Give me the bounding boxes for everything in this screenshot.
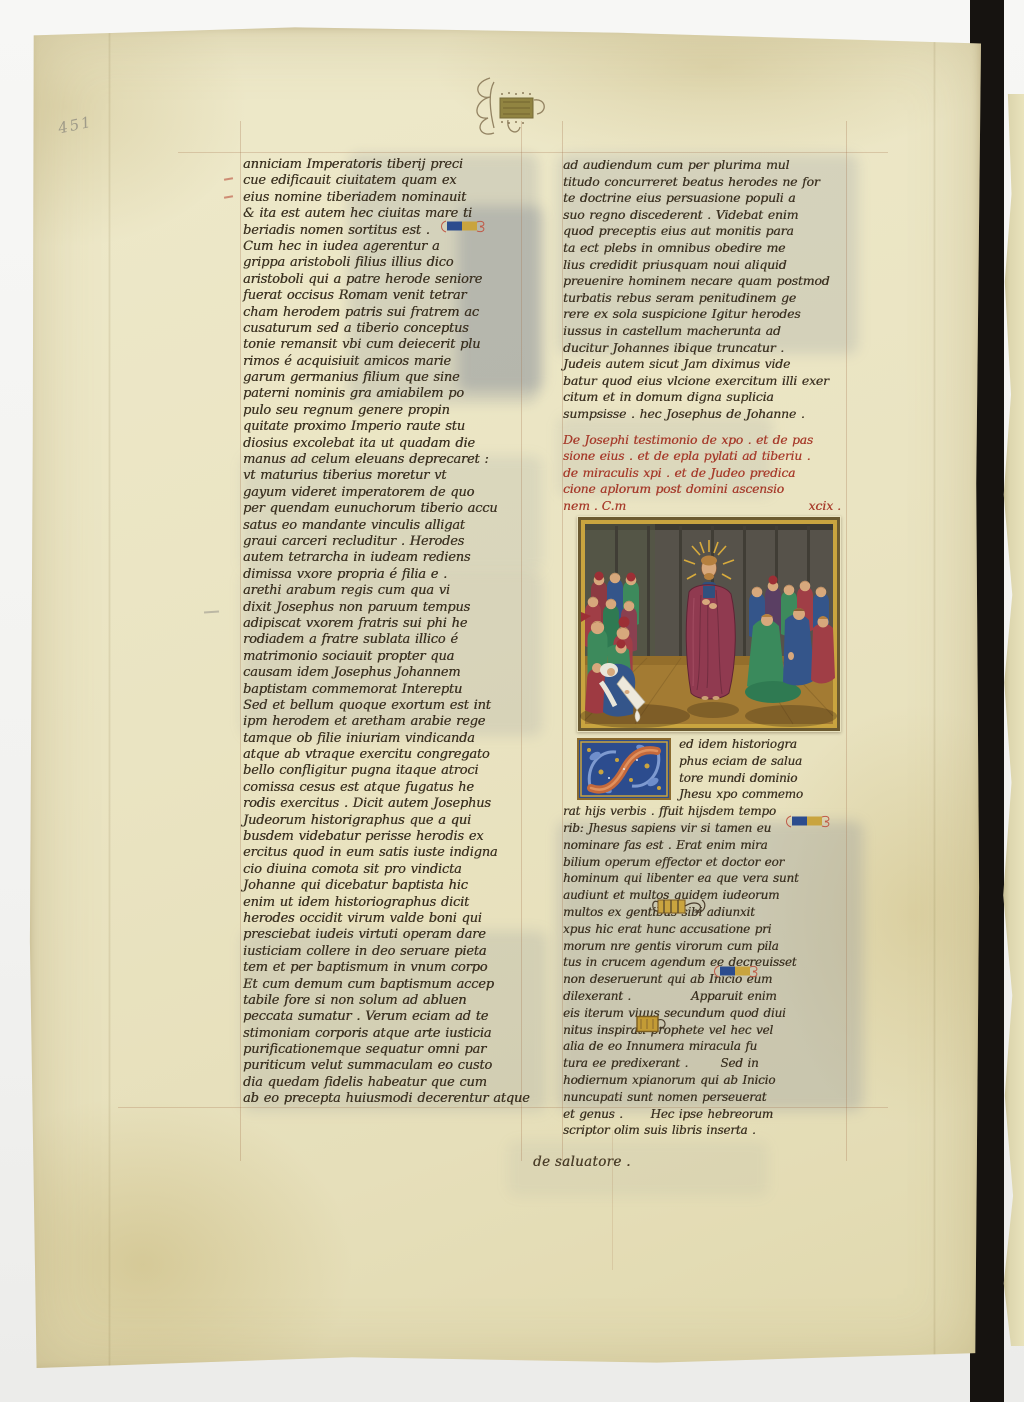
manuscript-line: lius credidit priusquam noui aliquid (563, 257, 855, 274)
manuscript-line: quod preceptis eius aut monitis para (563, 223, 855, 240)
manuscript-line: aristoboli qui a patre herode seniore (243, 272, 535, 288)
manuscript-line: xpus hic erat hunc accusatione pri (563, 921, 855, 938)
manuscript-line: ercitus quod in eum satis iuste indigna (243, 845, 535, 861)
manuscript-line: vt maturius tiberius moretur vt (243, 468, 535, 484)
parchment-crease (108, 26, 111, 1372)
manuscript-line: rere ex sola suspicione Igitur herodes (563, 306, 855, 323)
manuscript-line: autem tetrarcha in iudeam rediens (243, 550, 535, 566)
manuscript-line: busdem videbatur perisse herodis ex (243, 829, 535, 845)
manuscript-line: & ita est autem hec ciuitas mare ti (243, 206, 535, 222)
manuscript-line: eis iterum viuus secundum quod diui (563, 1005, 855, 1022)
rubric-line: de miraculis xpi . et de Judeo predica (563, 465, 855, 482)
manuscript-line: hominum qui libenter ea que vera sunt (563, 870, 855, 887)
ruling-line (612, 1130, 613, 1270)
manuscript-line: tus in crucem agendum ee decreuisset (563, 954, 855, 971)
manuscript-line: beriadis nomen sortitus est . (243, 223, 535, 239)
gilt-initial-icon (635, 1014, 669, 1036)
manuscript-line: ab eo precepta huiusmodi decerentur atqu… (243, 1091, 535, 1107)
text-column-left: anniciam Imperatoris tiberij precicue ed… (243, 157, 535, 1108)
rubric-tail-line: nem . C.m xcix . (563, 498, 841, 515)
manuscript-line: ed idem historiogra (679, 736, 855, 753)
manuscript-line: satus eo mandante vinculis alligat (243, 518, 535, 534)
manuscript-line: Sed et bellum quoque exortum est int (243, 698, 535, 714)
manuscript-line: graui carceri recluditur . Herodes (243, 534, 535, 550)
manuscript-line: batur quod eius vlcione exercitum illi e… (563, 373, 855, 390)
manuscript-line: rodis exercitus . Dicit autem Josephus (243, 796, 535, 812)
right-column-lower-text: rat hijs verbis . ffuit hijsdem temporib… (563, 803, 855, 1139)
manuscript-line: tamque ob filie iniuriam vindicanda (243, 731, 535, 747)
paraph-mark-icon (713, 964, 759, 979)
rubric-line: sione eius . et de epla pylati ad tiberi… (563, 448, 855, 465)
manuscript-line: dia quedam fidelis habeatur que cum (243, 1075, 535, 1091)
catchword: de saluatore . (533, 1154, 631, 1170)
pencil-folio-mark: 451 (57, 113, 95, 138)
manuscript-line: rimos é acquisiuit amicos marie (243, 354, 535, 370)
manuscript-line: morum nre gentis virorum cum pila (563, 938, 855, 955)
manuscript-line: atque ab vtraque exercitu congregato (243, 747, 535, 763)
manuscript-line: turbatis rebus seram penitudinem ge (563, 290, 855, 307)
manuscript-line: tem et per baptismum in vnum corpo (243, 960, 535, 976)
rubric-line: De Josephi testimonio de xpo . et de pas (563, 432, 855, 449)
manuscript-line: dimissa vxore propria é filia e . (243, 567, 535, 583)
manuscript-line: te doctrine eius persuasione populi a (563, 190, 855, 207)
rubric-tail-left: nem . C.m (563, 498, 626, 515)
manuscript-line: tabile fore si non solum ad abluen (243, 993, 535, 1009)
manuscript-line: nuncupati sunt nomen perseuerat (563, 1089, 855, 1106)
manuscript-line: et genus . Hec ipse hebreorum (563, 1106, 855, 1123)
manuscript-line: adipiscat vxorem fratris sui phi he (243, 616, 535, 632)
penwork-cadel-ornament (458, 72, 558, 146)
manuscript-line: quitate proximo Imperio raute stu (243, 419, 535, 435)
manuscript-line: Judeorum historigraphus que a qui (243, 813, 535, 829)
manuscript-line: preuenire hominem necare quam postmod (563, 273, 855, 290)
ruling-line (178, 152, 888, 153)
manuscript-line: purificationemque sequatur omni par (243, 1042, 535, 1058)
rubric-heading: De Josephi testimonio de xpo . et de pas… (563, 432, 855, 498)
manuscript-line: phus eciam de salua (679, 753, 855, 770)
red-margin-tick (224, 195, 233, 199)
parchment-crease (933, 26, 936, 1372)
manuscript-line: enim ut idem historiographus dicit (243, 895, 535, 911)
manuscript-line: cue edificauit ciuitatem quam ex (243, 173, 535, 189)
manuscript-line: fuerat occisus Romam venit tetrar (243, 288, 535, 304)
manuscript-line: pulo seu regnum genere propin (243, 403, 535, 419)
manuscript-line: titudo concurreret beatus herodes ne for (563, 174, 855, 191)
red-margin-tick (224, 177, 233, 181)
manuscript-line: bilium operum effector et doctor eor (563, 854, 855, 871)
manuscript-line: ta ect plebs in omnibus obedire me (563, 240, 855, 257)
manuscript-line: dilexerant . Apparuit enim (563, 988, 855, 1005)
manuscript-line: grippa aristoboli filius illius dico (243, 255, 535, 271)
pencil-margin-mark (204, 610, 219, 613)
manuscript-line: cio diuina comota sit pro vindicta (243, 862, 535, 878)
manuscript-line: iussus in castellum macherunta ad (563, 323, 855, 340)
manuscript-line: stimoniam corporis atque arte iusticia (243, 1026, 535, 1042)
manuscript-line: nitus inspirati prophete vel hec vel (563, 1022, 855, 1039)
rubric-line: cione aplorum post domini ascensio (563, 481, 855, 498)
manuscript-line: sumpsisse . hec Josephus de Johanne . (563, 406, 855, 423)
manuscript-line: garum germanius filium que sine (243, 370, 535, 386)
initial-text-section: ed idem historiographus eciam de saluato… (563, 736, 855, 1139)
paraph-mark-icon (440, 219, 486, 234)
paraph-mark-icon (785, 814, 831, 829)
manuscript-line: alia de eo Innumera miracula fu (563, 1038, 855, 1055)
manuscript-line: tore mundi dominio (679, 770, 855, 787)
manuscript-line: tonie remansit vbi cum deiecerit plu (243, 337, 535, 353)
manuscript-line: nominare fas est . Erat enim mira (563, 837, 855, 854)
manuscript-line: peccata sumatur . Verum eciam ad te (243, 1009, 535, 1025)
manuscript-line: Cum hec in iudea agerentur a (243, 239, 535, 255)
manuscript-line: cham herodem patris sui fratrem ac (243, 305, 535, 321)
manuscript-line: diosius excolebat ita ut quadam die (243, 436, 535, 452)
manuscript-page: 451 anniciam Imperatoris tiberij precicu… (28, 26, 981, 1372)
manuscript-line: hodiernum xpianorum qui ab Inicio (563, 1072, 855, 1089)
manuscript-line: ducitur Johannes ibique truncatur . (563, 340, 855, 357)
manuscript-line: non deseruerunt qui ab Inicio eum (563, 971, 855, 988)
manuscript-line: rodiadem a fratre sublata illico é (243, 632, 535, 648)
manuscript-line: paterni nominis gra amiabilem po (243, 386, 535, 402)
manuscript-line: Jhesu xpo commemo (679, 786, 855, 803)
miniature-christ-preaching (577, 516, 841, 732)
manuscript-line: citum et in domum digna suplicia (563, 389, 855, 406)
decorated-initial-s (577, 738, 671, 800)
manuscript-line: Johanne qui dicebatur baptista hic (243, 878, 535, 894)
manuscript-line: matrimonio sociauit propter qua (243, 649, 535, 665)
manuscript-line: scriptor olim suis libris inserta . (563, 1122, 855, 1139)
manuscript-line: manus ad celum eleuans deprecaret : (243, 452, 535, 468)
manuscript-line: per quendam eunuchorum tiberio accu (243, 501, 535, 517)
text-column-right: ad audiendum cum per plurima multitudo c… (563, 157, 855, 1139)
manuscript-line: herodes occidit virum valde boni qui (243, 911, 535, 927)
manuscript-line: presciebat iudeis virtuti operam dare (243, 927, 535, 943)
manuscript-line: puriticum velut summaculam eo custo (243, 1058, 535, 1074)
miniature-painting (577, 516, 841, 732)
ruling-line (240, 121, 241, 1161)
manuscript-line: ad audiendum cum per plurima mul (563, 157, 855, 174)
manuscript-line: iusticiam collere in deo seruare pieta (243, 944, 535, 960)
manuscript-line: tura ee predixerant . Sed in (563, 1055, 855, 1072)
manuscript-line: anniciam Imperatoris tiberij preci (243, 157, 535, 173)
manuscript-line: gayum videret imperatorem de quo (243, 485, 535, 501)
manuscript-line: Et cum demum cum baptismum accep (243, 977, 535, 993)
manuscript-line: baptistam commemorat Intereptu (243, 682, 535, 698)
rubric-chapter-number: xcix . (808, 498, 841, 515)
manuscript-line: eius nomine tiberiadem nominauit (243, 190, 535, 206)
manuscript-line: bello confligitur pugna itaque atroci (243, 763, 535, 779)
manuscript-line: causam idem Josephus Johannem (243, 665, 535, 681)
manuscript-line: Judeis autem sicut Jam diximus vide (563, 356, 855, 373)
manuscript-line: arethi arabum regis cum qua vi (243, 583, 535, 599)
manuscript-line: dixit Josephus non paruum tempus (243, 600, 535, 616)
manuscript-line: suo regno discederent . Videbat enim (563, 207, 855, 224)
manuscript-line: comissa cesus est atque fugatus he (243, 780, 535, 796)
photograph-background: 451 anniciam Imperatoris tiberij precicu… (0, 0, 1024, 1402)
manuscript-line: cusaturum sed a tiberio conceptus (243, 321, 535, 337)
manuscript-line: ipm herodem et aretham arabie rege (243, 714, 535, 730)
gilt-cadel-icon (650, 896, 714, 918)
right-column-upper-text: ad audiendum cum per plurima multitudo c… (563, 157, 855, 423)
